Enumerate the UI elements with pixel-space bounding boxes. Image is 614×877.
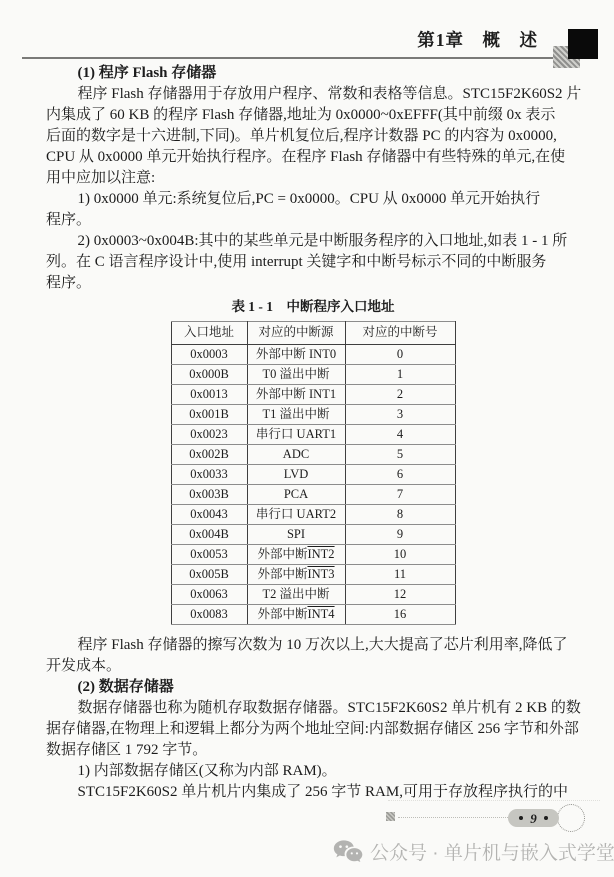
section-heading-program-flash: (1) 程序 Flash 存储器 <box>46 63 580 84</box>
cell-interrupt-source: 外部中断 INT1 <box>247 385 345 405</box>
text-line: 数据存储器也称为随机存取数据存储器。STC15F2K60S2 单片机有 2 KB… <box>46 698 580 719</box>
cell-entry-address: 0x0053 <box>171 545 247 565</box>
cell-interrupt-source: PCA <box>247 485 345 505</box>
scanned-book-page: { "colors": { "ink": "#1c1c1c", "waterma… <box>0 0 614 877</box>
cell-entry-address: 0x003B <box>171 485 247 505</box>
list-item-0x0003: 2) 0x0003~0x004B:其中的某些单元是中断服务程序的入口地址,如表 … <box>46 231 580 294</box>
column-header-entry-address: 入口地址 <box>171 322 247 345</box>
overlined-signal-name: INT4 <box>307 607 334 621</box>
cell-entry-address: 0x0033 <box>171 465 247 485</box>
text-line: 1) 0x0000 单元:系统复位后,PC = 0x0000。CPU 从 0x0… <box>46 189 580 210</box>
section-heading-data-memory: (2) 数据存储器 <box>46 677 580 698</box>
interrupt-table-body: 0x0003外部中断 INT000x000BT0 溢出中断10x0013外部中断… <box>171 345 455 625</box>
cell-entry-address: 0x0013 <box>171 385 247 405</box>
cell-entry-address: 0x0043 <box>171 505 247 525</box>
cell-interrupt-number: 5 <box>345 445 455 465</box>
table-row: 0x0063T2 溢出中断12 <box>171 585 455 605</box>
cell-interrupt-source: SPI <box>247 525 345 545</box>
paragraph-flash-endurance: 程序 Flash 存储器的擦写次数为 10 万次以上,大大提高了芯片利用率,降低… <box>46 635 580 677</box>
header-rule <box>22 57 556 59</box>
table-row: 0x0033LVD6 <box>171 465 455 485</box>
page-number-badge: 9 <box>508 809 559 827</box>
text-line: 内集成了 60 KB 的程序 Flash 存储器,地址为 0x0000~0xEF… <box>46 105 580 126</box>
footer-faint-rule <box>388 800 600 801</box>
text-line: 1) 内部数据存储区(又称为内部 RAM)。 <box>46 761 580 782</box>
table-caption: 表 1 - 1 中断程序入口地址 <box>46 296 580 317</box>
badge-dot-right <box>544 816 548 820</box>
text-line: CPU 从 0x0000 单元开始执行程序。在程序 Flash 存储器中有些特殊… <box>46 147 580 168</box>
table-row: 0x0013外部中断 INT12 <box>171 385 455 405</box>
overlined-signal-name: INT3 <box>307 567 334 581</box>
cell-interrupt-source: 外部中断INT2 <box>247 545 345 565</box>
list-item-internal-ram: 1) 内部数据存储区(又称为内部 RAM)。 <box>46 761 580 782</box>
table-row: 0x004BSPI9 <box>171 525 455 545</box>
cell-interrupt-number: 3 <box>345 405 455 425</box>
corner-black-square <box>568 29 598 59</box>
text-line: 2) 0x0003~0x004B:其中的某些单元是中断服务程序的入口地址,如表 … <box>46 231 580 252</box>
cell-entry-address: 0x002B <box>171 445 247 465</box>
cell-interrupt-source: 串行口 UART1 <box>247 425 345 445</box>
page-content: (1) 程序 Flash 存储器 程序 Flash 存储器用于存放用户程序、常数… <box>46 63 580 803</box>
footer-dotted-line <box>398 817 508 818</box>
cell-entry-address: 0x0023 <box>171 425 247 445</box>
cell-entry-address: 0x005B <box>171 565 247 585</box>
text-line: 程序。 <box>46 210 580 231</box>
cell-interrupt-source: T2 溢出中断 <box>247 585 345 605</box>
cell-entry-address: 0x000B <box>171 365 247 385</box>
cell-interrupt-number: 16 <box>345 605 455 625</box>
table-row: 0x002BADC5 <box>171 445 455 465</box>
cell-interrupt-number: 1 <box>345 365 455 385</box>
footer-dotted-circle <box>557 804 585 832</box>
watermark-text: 公众号 · 单片机与嵌入式学堂 <box>370 838 614 865</box>
chapter-title: 第1章 概 述 <box>417 27 538 52</box>
text-line: 列。在 C 语言程序设计中,使用 interrupt 关键字和中断号标示不同的中… <box>46 252 580 273</box>
cell-interrupt-source: 外部中断INT4 <box>247 605 345 625</box>
cell-interrupt-number: 8 <box>345 505 455 525</box>
list-item-0x0000: 1) 0x0000 单元:系统复位后,PC = 0x0000。CPU 从 0x0… <box>46 189 580 231</box>
text-line: 后面的数字是十六进制,下同)。单片机复位后,程序计数器 PC 的内容为 0x00… <box>46 126 580 147</box>
text-line: 用中应加以注意: <box>46 168 580 189</box>
cell-interrupt-number: 9 <box>345 525 455 545</box>
cell-entry-address: 0x0003 <box>171 345 247 365</box>
cell-interrupt-number: 4 <box>345 425 455 445</box>
cell-interrupt-number: 12 <box>345 585 455 605</box>
table-header-row: 入口地址 对应的中断源 对应的中断号 <box>171 322 455 345</box>
footer-ornament-square <box>386 812 395 821</box>
table-row: 0x001BT1 溢出中断3 <box>171 405 455 425</box>
cell-interrupt-number: 7 <box>345 485 455 505</box>
cell-interrupt-number: 10 <box>345 545 455 565</box>
table-row: 0x0023串行口 UART14 <box>171 425 455 445</box>
text-line: 程序 Flash 存储器用于存放用户程序、常数和表格等信息。STC15F2K60… <box>46 84 580 105</box>
column-header-interrupt-source: 对应的中断源 <box>247 322 345 345</box>
paragraph-data-memory: 数据存储器也称为随机存取数据存储器。STC15F2K60S2 单片机有 2 KB… <box>46 698 580 761</box>
cell-entry-address: 0x004B <box>171 525 247 545</box>
table-row: 0x003BPCA7 <box>171 485 455 505</box>
table-row: 0x0043串行口 UART28 <box>171 505 455 525</box>
cell-entry-address: 0x001B <box>171 405 247 425</box>
cell-interrupt-source: T0 溢出中断 <box>247 365 345 385</box>
column-header-interrupt-number: 对应的中断号 <box>345 322 455 345</box>
cell-interrupt-number: 6 <box>345 465 455 485</box>
table-row: 0x005B外部中断INT311 <box>171 565 455 585</box>
badge-dot-left <box>519 816 523 820</box>
table-row: 0x0083外部中断INT416 <box>171 605 455 625</box>
cell-entry-address: 0x0083 <box>171 605 247 625</box>
table-row: 0x0053外部中断INT210 <box>171 545 455 565</box>
text-line: 数据存储区 1 792 字节。 <box>46 740 580 761</box>
cell-interrupt-number: 11 <box>345 565 455 585</box>
text-line: 程序 Flash 存储器的擦写次数为 10 万次以上,大大提高了芯片利用率,降低… <box>46 635 580 656</box>
wechat-icon <box>333 839 363 865</box>
interrupt-vector-table: 入口地址 对应的中断源 对应的中断号 0x0003外部中断 INT000x000… <box>171 321 456 625</box>
cell-interrupt-source: LVD <box>247 465 345 485</box>
text-line: 开发成本。 <box>46 656 580 677</box>
text-line: 据存储器,在物理上和逻辑上都分为两个地址空间:内部数据存储区 256 字节和外部 <box>46 719 580 740</box>
cell-interrupt-number: 0 <box>345 345 455 365</box>
cell-interrupt-source: ADC <box>247 445 345 465</box>
text-line: 程序。 <box>46 273 580 294</box>
table-row: 0x000BT0 溢出中断1 <box>171 365 455 385</box>
cell-interrupt-number: 2 <box>345 385 455 405</box>
table-row: 0x0003外部中断 INT00 <box>171 345 455 365</box>
cell-interrupt-source: 串行口 UART2 <box>247 505 345 525</box>
overlined-signal-name: INT2 <box>307 547 334 561</box>
page-number: 9 <box>530 812 537 825</box>
cell-interrupt-source: 外部中断INT3 <box>247 565 345 585</box>
cell-interrupt-source: 外部中断 INT0 <box>247 345 345 365</box>
cell-interrupt-source: T1 溢出中断 <box>247 405 345 425</box>
watermark: 公众号 · 单片机与嵌入式学堂 <box>333 838 614 865</box>
paragraph-flash-intro: 程序 Flash 存储器用于存放用户程序、常数和表格等信息。STC15F2K60… <box>46 84 580 189</box>
cell-entry-address: 0x0063 <box>171 585 247 605</box>
